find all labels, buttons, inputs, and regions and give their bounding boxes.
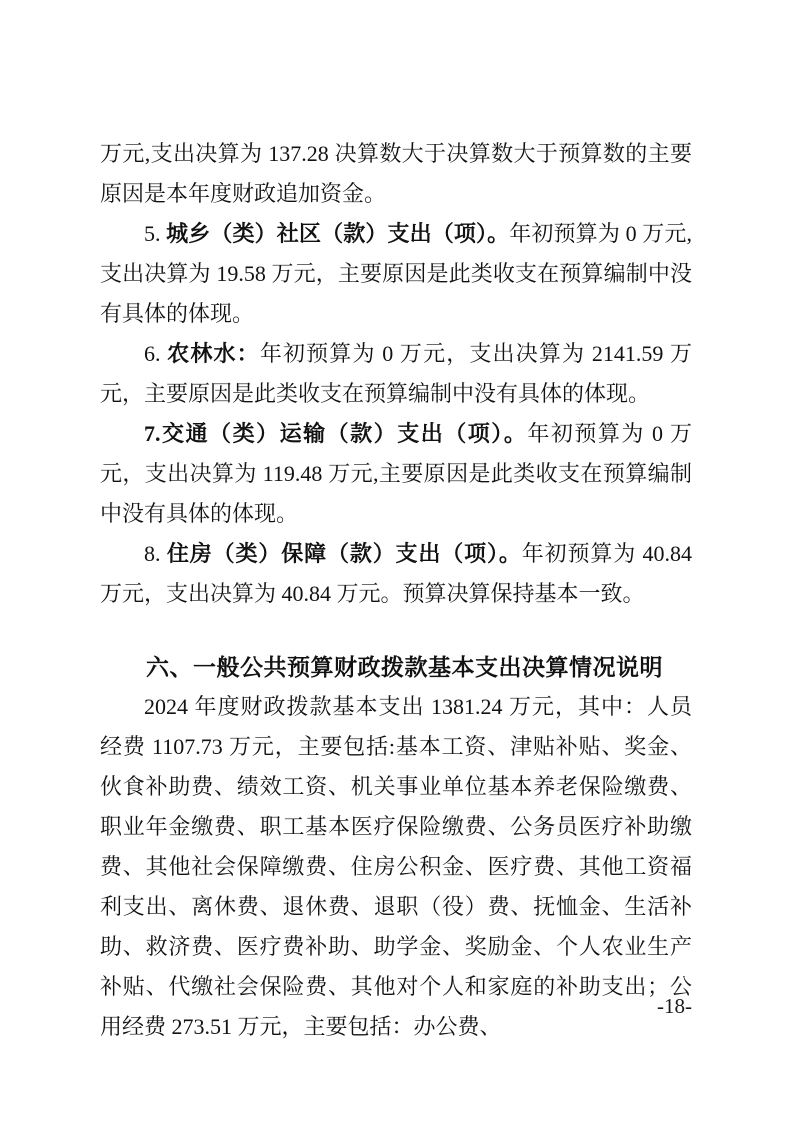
text-run: 8. (144, 541, 167, 566)
paragraph: 万元,支出决算为 137.28 决算数大于决算数大于预算数的主要原因是本年度财政… (100, 134, 692, 214)
paragraph: 7.交通（类）运输（款）支出（项）。年初预算为 0 万元，支出决算为 119.4… (100, 414, 692, 534)
paragraph: 5. 城乡（类）社区（款）支出（项）。年初预算为 0 万元,支出决算为 19.5… (100, 214, 692, 334)
text-run: 2024 年度财政拨款基本支出 1381.24 万元，其中：人员经费 1107.… (100, 694, 692, 1039)
text-run: 5. (144, 221, 166, 246)
document-body: 万元,支出决算为 137.28 决算数大于决算数大于预算数的主要原因是本年度财政… (100, 134, 692, 1047)
page-number: -18- (100, 992, 692, 1020)
paragraph: 8. 住房（类）保障（款）支出（项）。年初预算为 40.84 万元，支出决算为 … (100, 534, 692, 614)
bold-text-run: 住房（类）保障（款）支出（项）。 (167, 541, 522, 566)
bold-text-run: 城乡（类）社区（款）支出（项）。 (166, 221, 509, 246)
paragraph: 6. 农林水：年初预算为 0 万元，支出决算为 2141.59 万元，主要原因是… (100, 334, 692, 414)
document-page: 万元,支出决算为 137.28 决算数大于决算数大于预算数的主要原因是本年度财政… (0, 0, 793, 1122)
text-run: 万元,支出决算为 137.28 决算数大于决算数大于预算数的主要原因是本年度财政… (100, 141, 692, 206)
bold-text-run: 六、一般公共预算财政拨款基本支出决算情况说明 (146, 654, 663, 680)
bold-text-run: 农林水： (167, 341, 260, 366)
bold-text-run: 7.交通（类）运输（款）支出（项）。 (144, 421, 527, 446)
text-run: 6. (144, 341, 167, 366)
section-heading: 六、一般公共预算财政拨款基本支出决算情况说明 (100, 647, 692, 687)
